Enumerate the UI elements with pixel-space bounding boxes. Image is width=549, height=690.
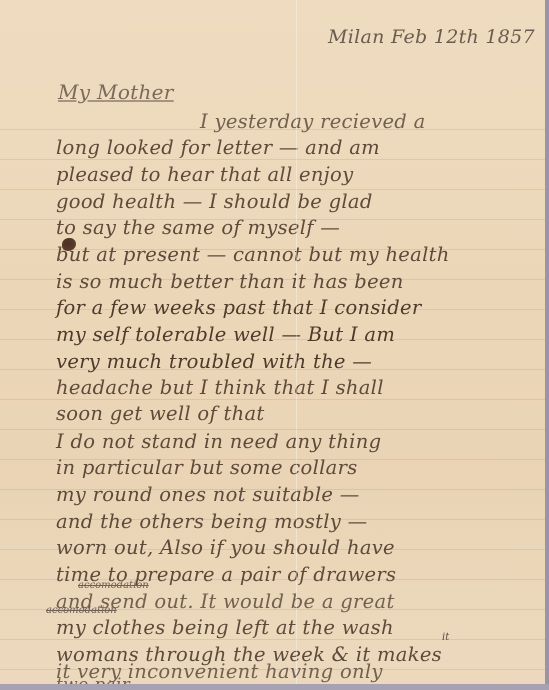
page-edge-bottom [0, 684, 549, 690]
letter-line-8: for a few weeks past that I consider [56, 296, 421, 319]
letter-line-20: my clothes being left at the wash [56, 616, 394, 639]
letter-line-3: pleased to hear that all enjoy [56, 163, 353, 186]
page-edge-right [545, 0, 549, 690]
letter-line-17: worn out, Also if you should have [56, 536, 395, 559]
letter-line-9: my self tolerable well — But I am [56, 323, 395, 346]
letter-line-12: soon get well of that [56, 402, 265, 425]
letter-line-2: long looked for letter — and am [56, 136, 380, 159]
letter-line-11: headache but I think that I shall [56, 376, 384, 399]
letter-line-7: is so much better than it has been [56, 270, 404, 293]
salutation: My Mother [58, 80, 174, 104]
letter-line-1: I yesterday recieved a [200, 110, 426, 133]
struck-margin-note: accomodation [46, 605, 117, 616]
letter-line-6: but at present — cannot but my health [56, 243, 450, 266]
letter-line-13: I do not stand in need any thing [56, 430, 381, 453]
inserted-word: it [442, 632, 449, 643]
letter-page: Milan Feb 12th 1857 My Mother I yesterda… [0, 0, 545, 684]
letter-line-4: good health — I should be glad [56, 190, 373, 213]
letter-line-5: to say the same of myself — [56, 216, 340, 239]
letter-line-16: and the others being mostly — [56, 510, 367, 533]
letter-line-14: in particular but some collars [56, 456, 358, 479]
letter-line-10: very much troubled with the — [56, 350, 372, 373]
letter-line-15: my round ones not suitable — [56, 483, 360, 506]
letter-line-23: two pair [56, 675, 130, 684]
dateline: Milan Feb 12th 1857 [328, 26, 535, 48]
